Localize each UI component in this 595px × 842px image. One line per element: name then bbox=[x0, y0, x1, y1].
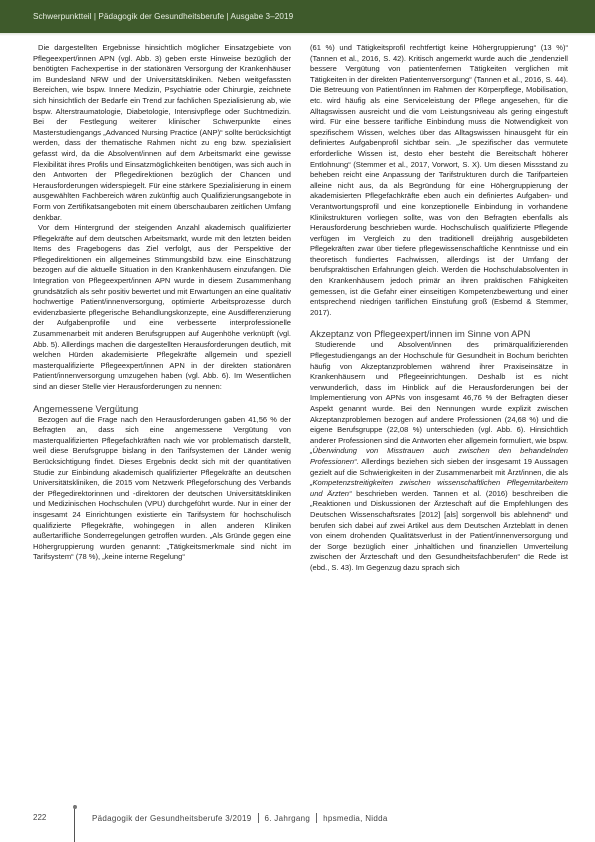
left-column: Die dargestellten Ergebnisse hinsichtlic… bbox=[33, 43, 291, 563]
spacer bbox=[310, 318, 568, 328]
text-run: beschrieben werden. Tannen et al. (2016)… bbox=[310, 489, 568, 572]
footer-separator bbox=[316, 813, 317, 823]
running-header: Schwerpunktteil | Pädagogik der Gesundhe… bbox=[0, 0, 595, 33]
text-run: Studierende und Absolvent/innen des prim… bbox=[310, 340, 568, 444]
section-heading-akzeptanz: Akzeptanz von Pflegeexpert/innen im Sinn… bbox=[310, 328, 568, 340]
footer-volume: 6. Jahrgang bbox=[265, 814, 311, 823]
paragraph: Die dargestellten Ergebnisse hinsichtlic… bbox=[33, 43, 291, 223]
footer-vertical-rule bbox=[74, 805, 75, 842]
right-column: (61 %) und Tätigkeitsprofil rechtfertigt… bbox=[310, 43, 568, 574]
header-divider bbox=[0, 33, 595, 36]
paragraph: Studierende und Absolvent/innen des prim… bbox=[310, 340, 568, 573]
page-number: 222 bbox=[33, 813, 46, 822]
paragraph: Bezogen auf die Frage nach den Herausfor… bbox=[33, 415, 291, 563]
section-heading-verguetung: Angemessene Vergütung bbox=[33, 403, 291, 415]
page-footer: 222 Pädagogik der Gesundheitsberufe 3/20… bbox=[0, 805, 595, 842]
running-header-title: Schwerpunktteil | Pädagogik der Gesundhe… bbox=[33, 12, 293, 21]
footer-citation: Pädagogik der Gesundheitsberufe 3/20196.… bbox=[92, 813, 388, 823]
footer-publisher: hpsmedia, Nidda bbox=[323, 814, 388, 823]
footer-journal: Pädagogik der Gesundheitsberufe 3/2019 bbox=[92, 814, 252, 823]
paragraph: Vor dem Hintergrund der steigenden Anzah… bbox=[33, 223, 291, 393]
spacer bbox=[33, 393, 291, 403]
paragraph: (61 %) und Tätigkeitsprofil rechtfertigt… bbox=[310, 43, 568, 318]
footer-separator bbox=[258, 813, 259, 823]
